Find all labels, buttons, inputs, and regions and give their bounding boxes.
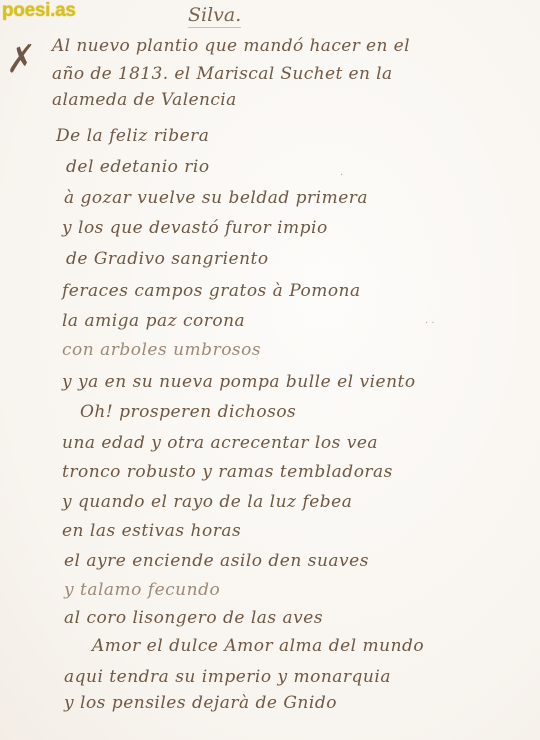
poem-title: Silva.	[188, 4, 241, 28]
verse-line: y los que devastó furor impio	[62, 218, 328, 238]
ink-speck: · ·	[425, 318, 435, 329]
verse-line: con arboles umbrosos	[62, 340, 261, 360]
heading-line-2: año de 1813. el Mariscal Suchet en la	[52, 64, 393, 84]
verse-line: tronco robusto y ramas tembladoras	[62, 462, 393, 482]
verse-line: la amiga paz corona	[62, 311, 245, 331]
verse-line: en las estivas horas	[62, 521, 241, 541]
verse-line: à gozar vuelve su beldad primera	[64, 188, 368, 208]
margin-mark-icon: ✗	[1, 38, 36, 82]
verse-line: De la feliz ribera	[56, 126, 209, 146]
watermark-logo: poesi.as	[2, 0, 76, 22]
verse-line: y talamo fecundo	[64, 580, 220, 600]
verse-line: al coro lisongero de las aves	[64, 608, 323, 628]
verse-line: del edetanio rio	[66, 157, 210, 177]
heading-line-1: Al nuevo plantio que mandó hacer en el	[52, 36, 410, 56]
verse-line: y quando el rayo de la luz febea	[62, 492, 352, 512]
verse-line: una edad y otra acrecentar los vea	[62, 433, 378, 453]
manuscript-page: poesi.as Silva. ✗ Al nuevo plantio que m…	[0, 0, 540, 740]
verse-line: aqui tendra su imperio y monarquia	[64, 667, 391, 687]
verse-line: y ya en su nueva pompa bulle el viento	[62, 372, 416, 392]
verse-line: Oh! prosperen dichosos	[80, 402, 296, 422]
verse-line: y los pensiles dejarà de Gnido	[64, 693, 337, 713]
ink-speck: ·	[340, 170, 343, 181]
verse-line: Amor el dulce Amor alma del mundo	[92, 636, 424, 656]
verse-line: el ayre enciende asilo den suaves	[64, 551, 369, 571]
verse-line: feraces campos gratos à Pomona	[62, 281, 361, 301]
heading-line-3: alameda de Valencia	[52, 90, 237, 110]
verse-line: de Gradivo sangriento	[66, 249, 269, 269]
